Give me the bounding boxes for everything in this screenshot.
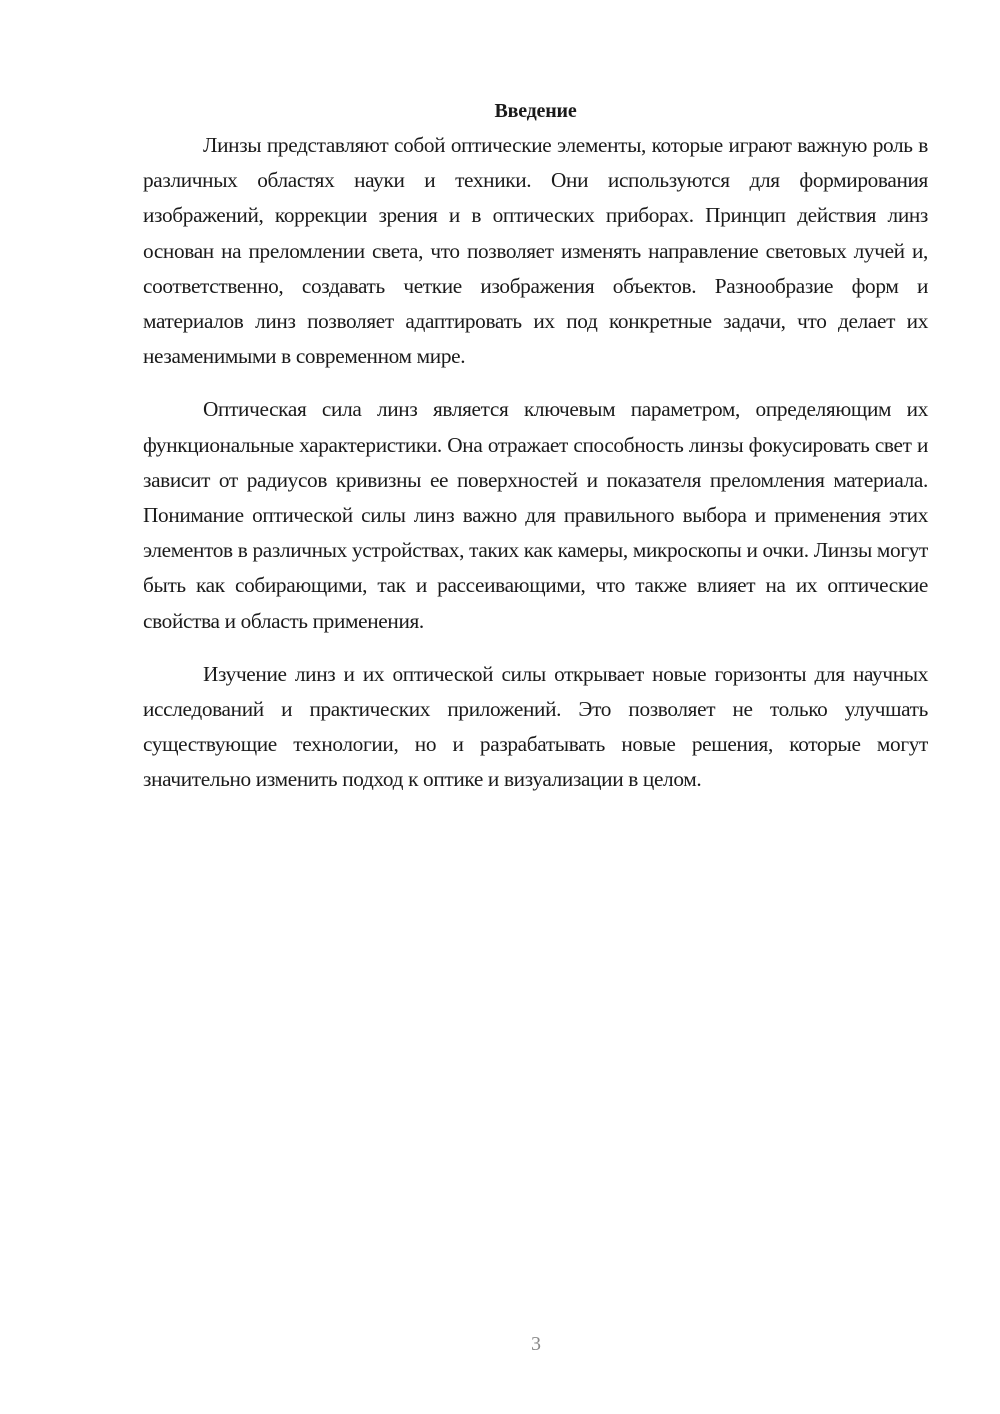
page-content: Введение Линзы представляют собой оптиче… [143,94,928,798]
page-number: 3 [0,1333,1000,1356]
section-heading: Введение [143,94,928,128]
paragraph-2: Оптическая сила линз является ключевым п… [143,392,928,638]
document-page: Введение Линзы представляют собой оптиче… [0,0,1000,1414]
paragraph-1: Линзы представляют собой оптические элем… [143,128,928,374]
paragraph-3: Изучение линз и их оптической силы откры… [143,657,928,798]
